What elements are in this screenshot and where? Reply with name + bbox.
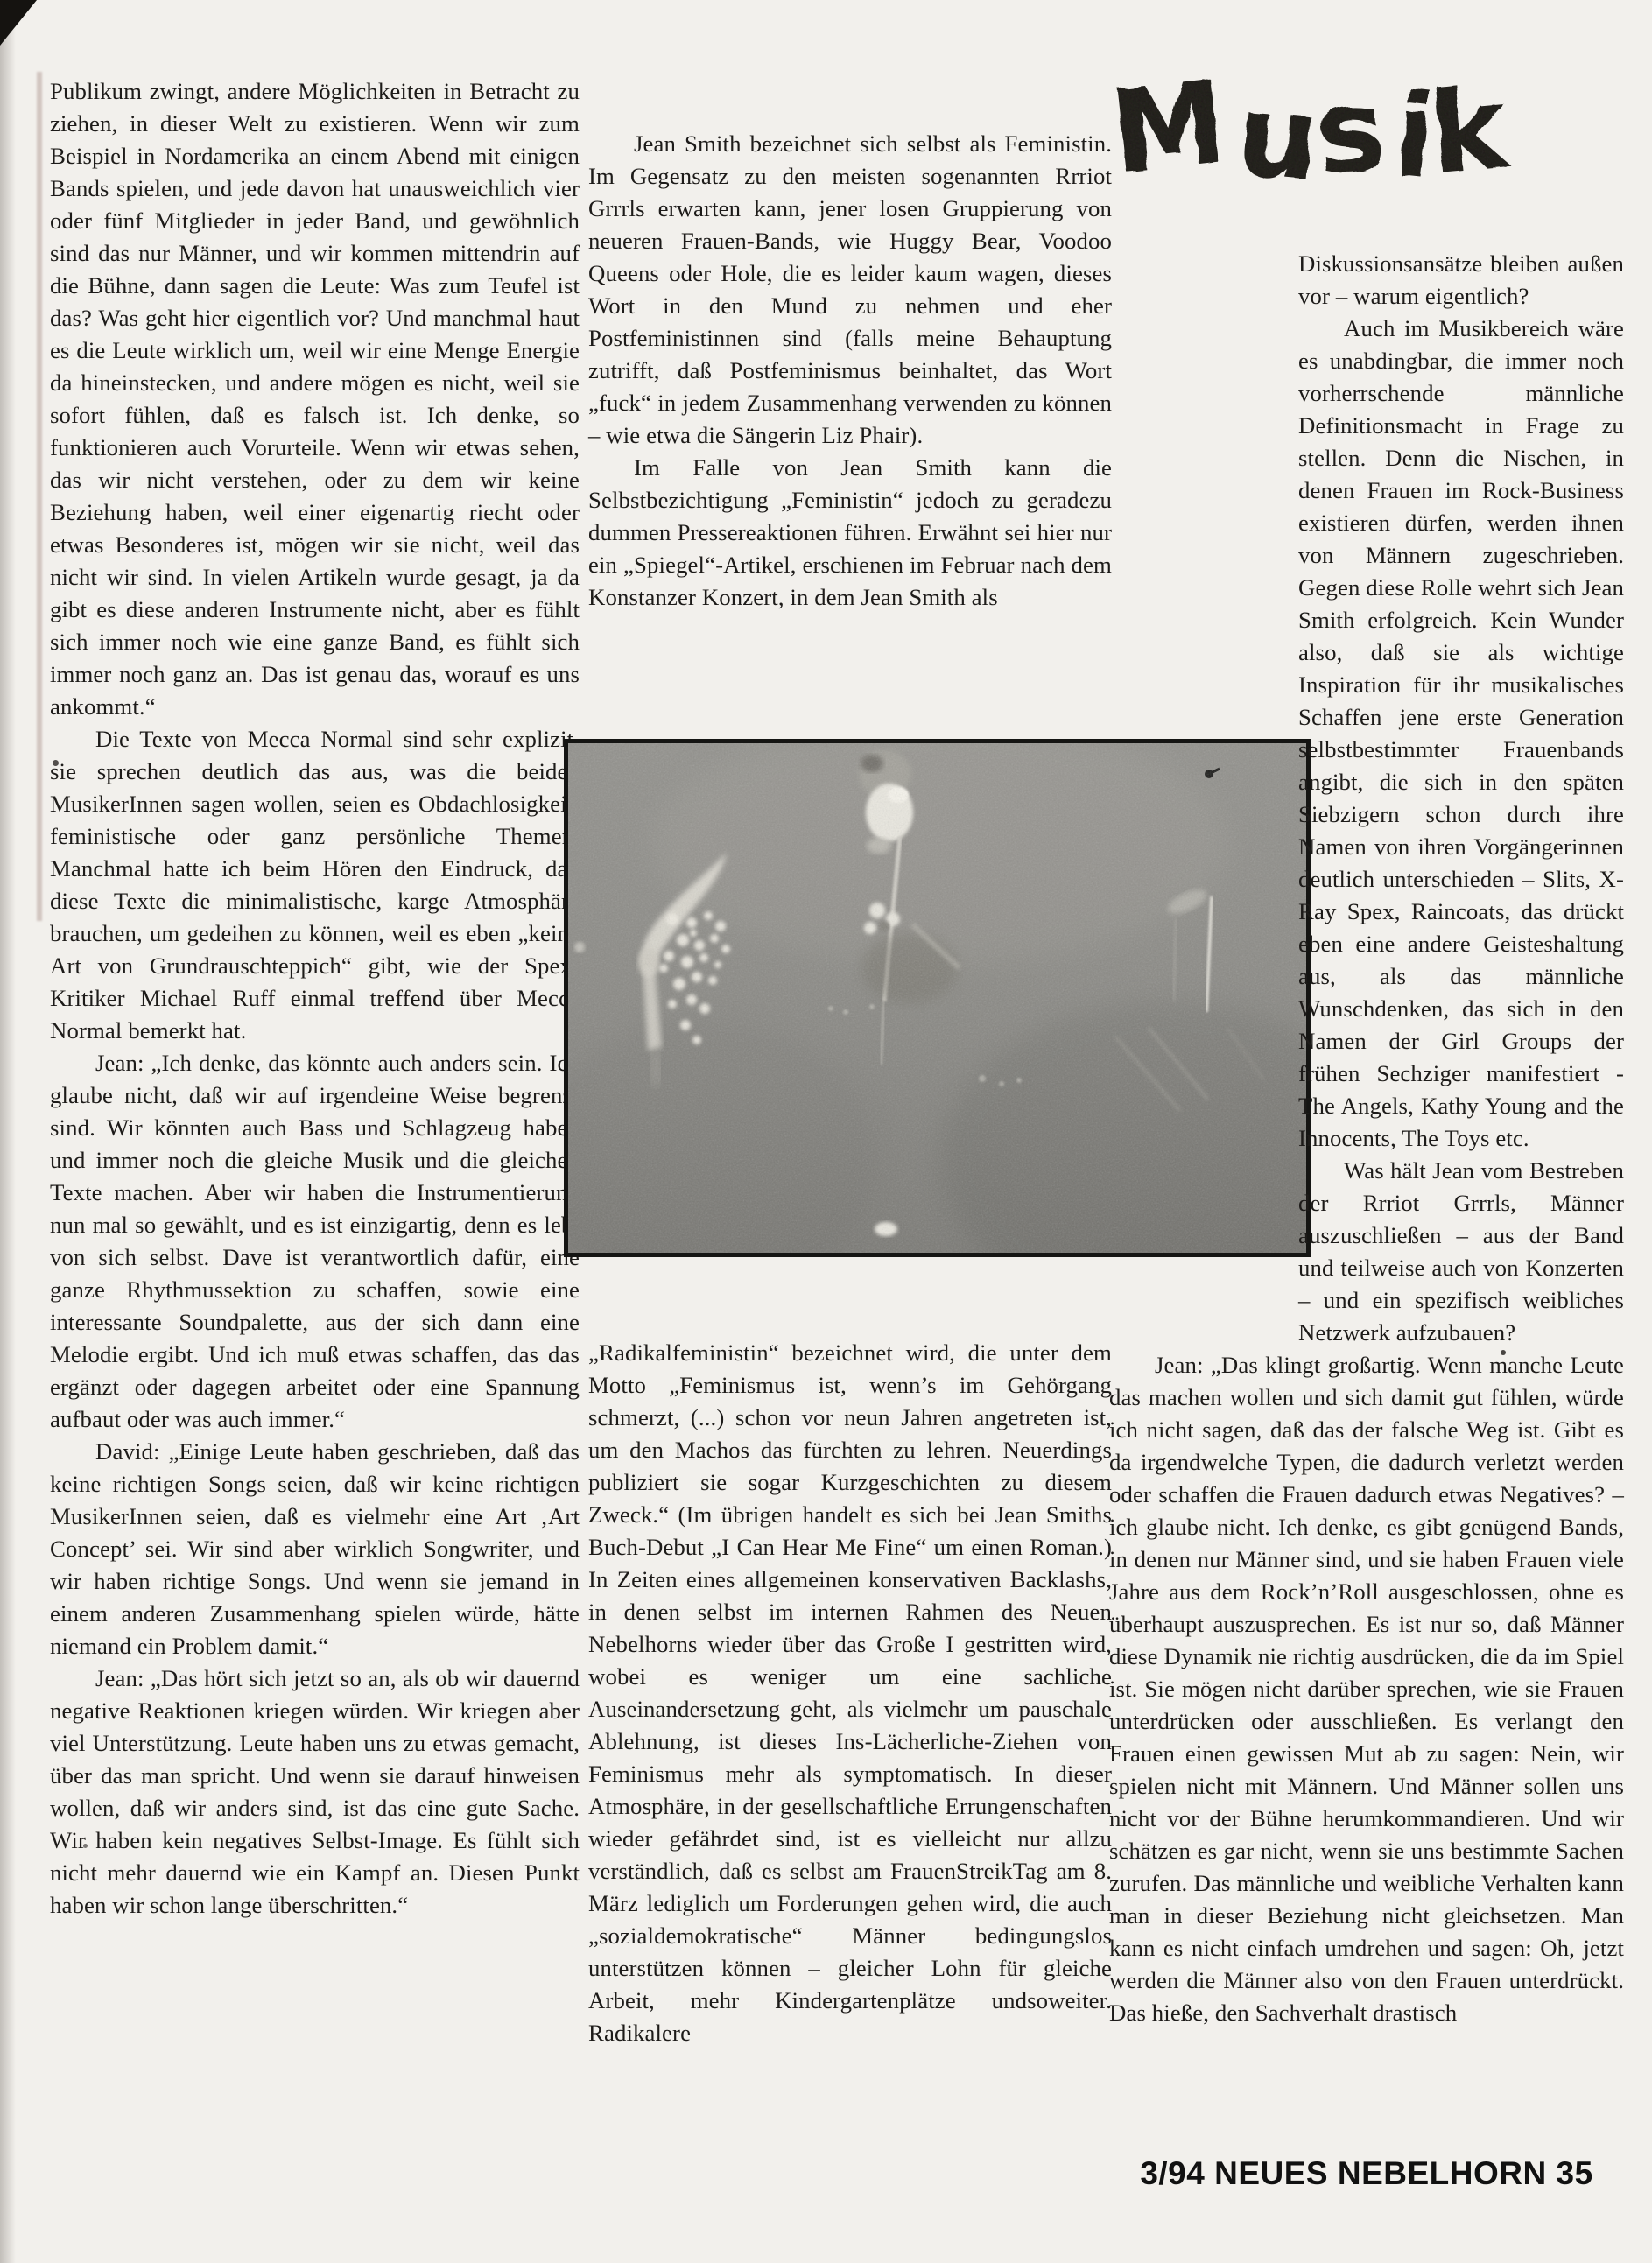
right-column: Diskussionsansätze bleiben außen vor – w… xyxy=(1109,248,1624,2029)
paragraph: „Radikalfeministin“ bezeichnet wird, die… xyxy=(588,1337,1112,2049)
paragraph: Jean: „Das klingt großartig. Wenn manche… xyxy=(1109,1349,1624,2029)
scan-crease-line xyxy=(37,72,42,921)
paragraph: Im Falle von Jean Smith kann die Selbstb… xyxy=(588,452,1112,614)
scan-corner-mark xyxy=(0,0,37,46)
page-footer: 3/94 NEUES NEBELHORN 35 xyxy=(1109,2155,1624,2192)
musik-headline: Musik Musik xyxy=(1112,46,1523,207)
paragraph: Jean: „Das hört sich jetzt so an, als ob… xyxy=(50,1662,580,1922)
magazine-page: Musik Musik Publikum zwingt, andere Mögl… xyxy=(0,0,1652,2263)
photo-wrap-spacer xyxy=(1109,669,1298,1346)
left-column: Publikum zwingt, andere Möglichkeiten in… xyxy=(50,75,580,1922)
scan-edge-shadow xyxy=(0,0,16,2263)
paragraph: Jean: „Ich denke, das könnte auch anders… xyxy=(50,1047,580,1436)
paragraph: Publikum zwingt, andere Möglichkeiten in… xyxy=(50,75,580,723)
paragraph: Die Texte von Mecca Normal sind sehr exp… xyxy=(50,723,580,1047)
paragraph: David: „Einige Leute haben geschrieben, … xyxy=(50,1436,580,1662)
paragraph: Jean Smith bezeichnet sich selbst als Fe… xyxy=(588,128,1112,452)
middle-column-top: Jean Smith bezeichnet sich selbst als Fe… xyxy=(588,128,1112,614)
paragraph: Diskussionsansätze bleiben außen vor – w… xyxy=(1109,248,1624,313)
svg-text:Musik: Musik xyxy=(1112,55,1515,207)
middle-column-bottom: „Radikalfeministin“ bezeichnet wird, die… xyxy=(588,1337,1112,2049)
